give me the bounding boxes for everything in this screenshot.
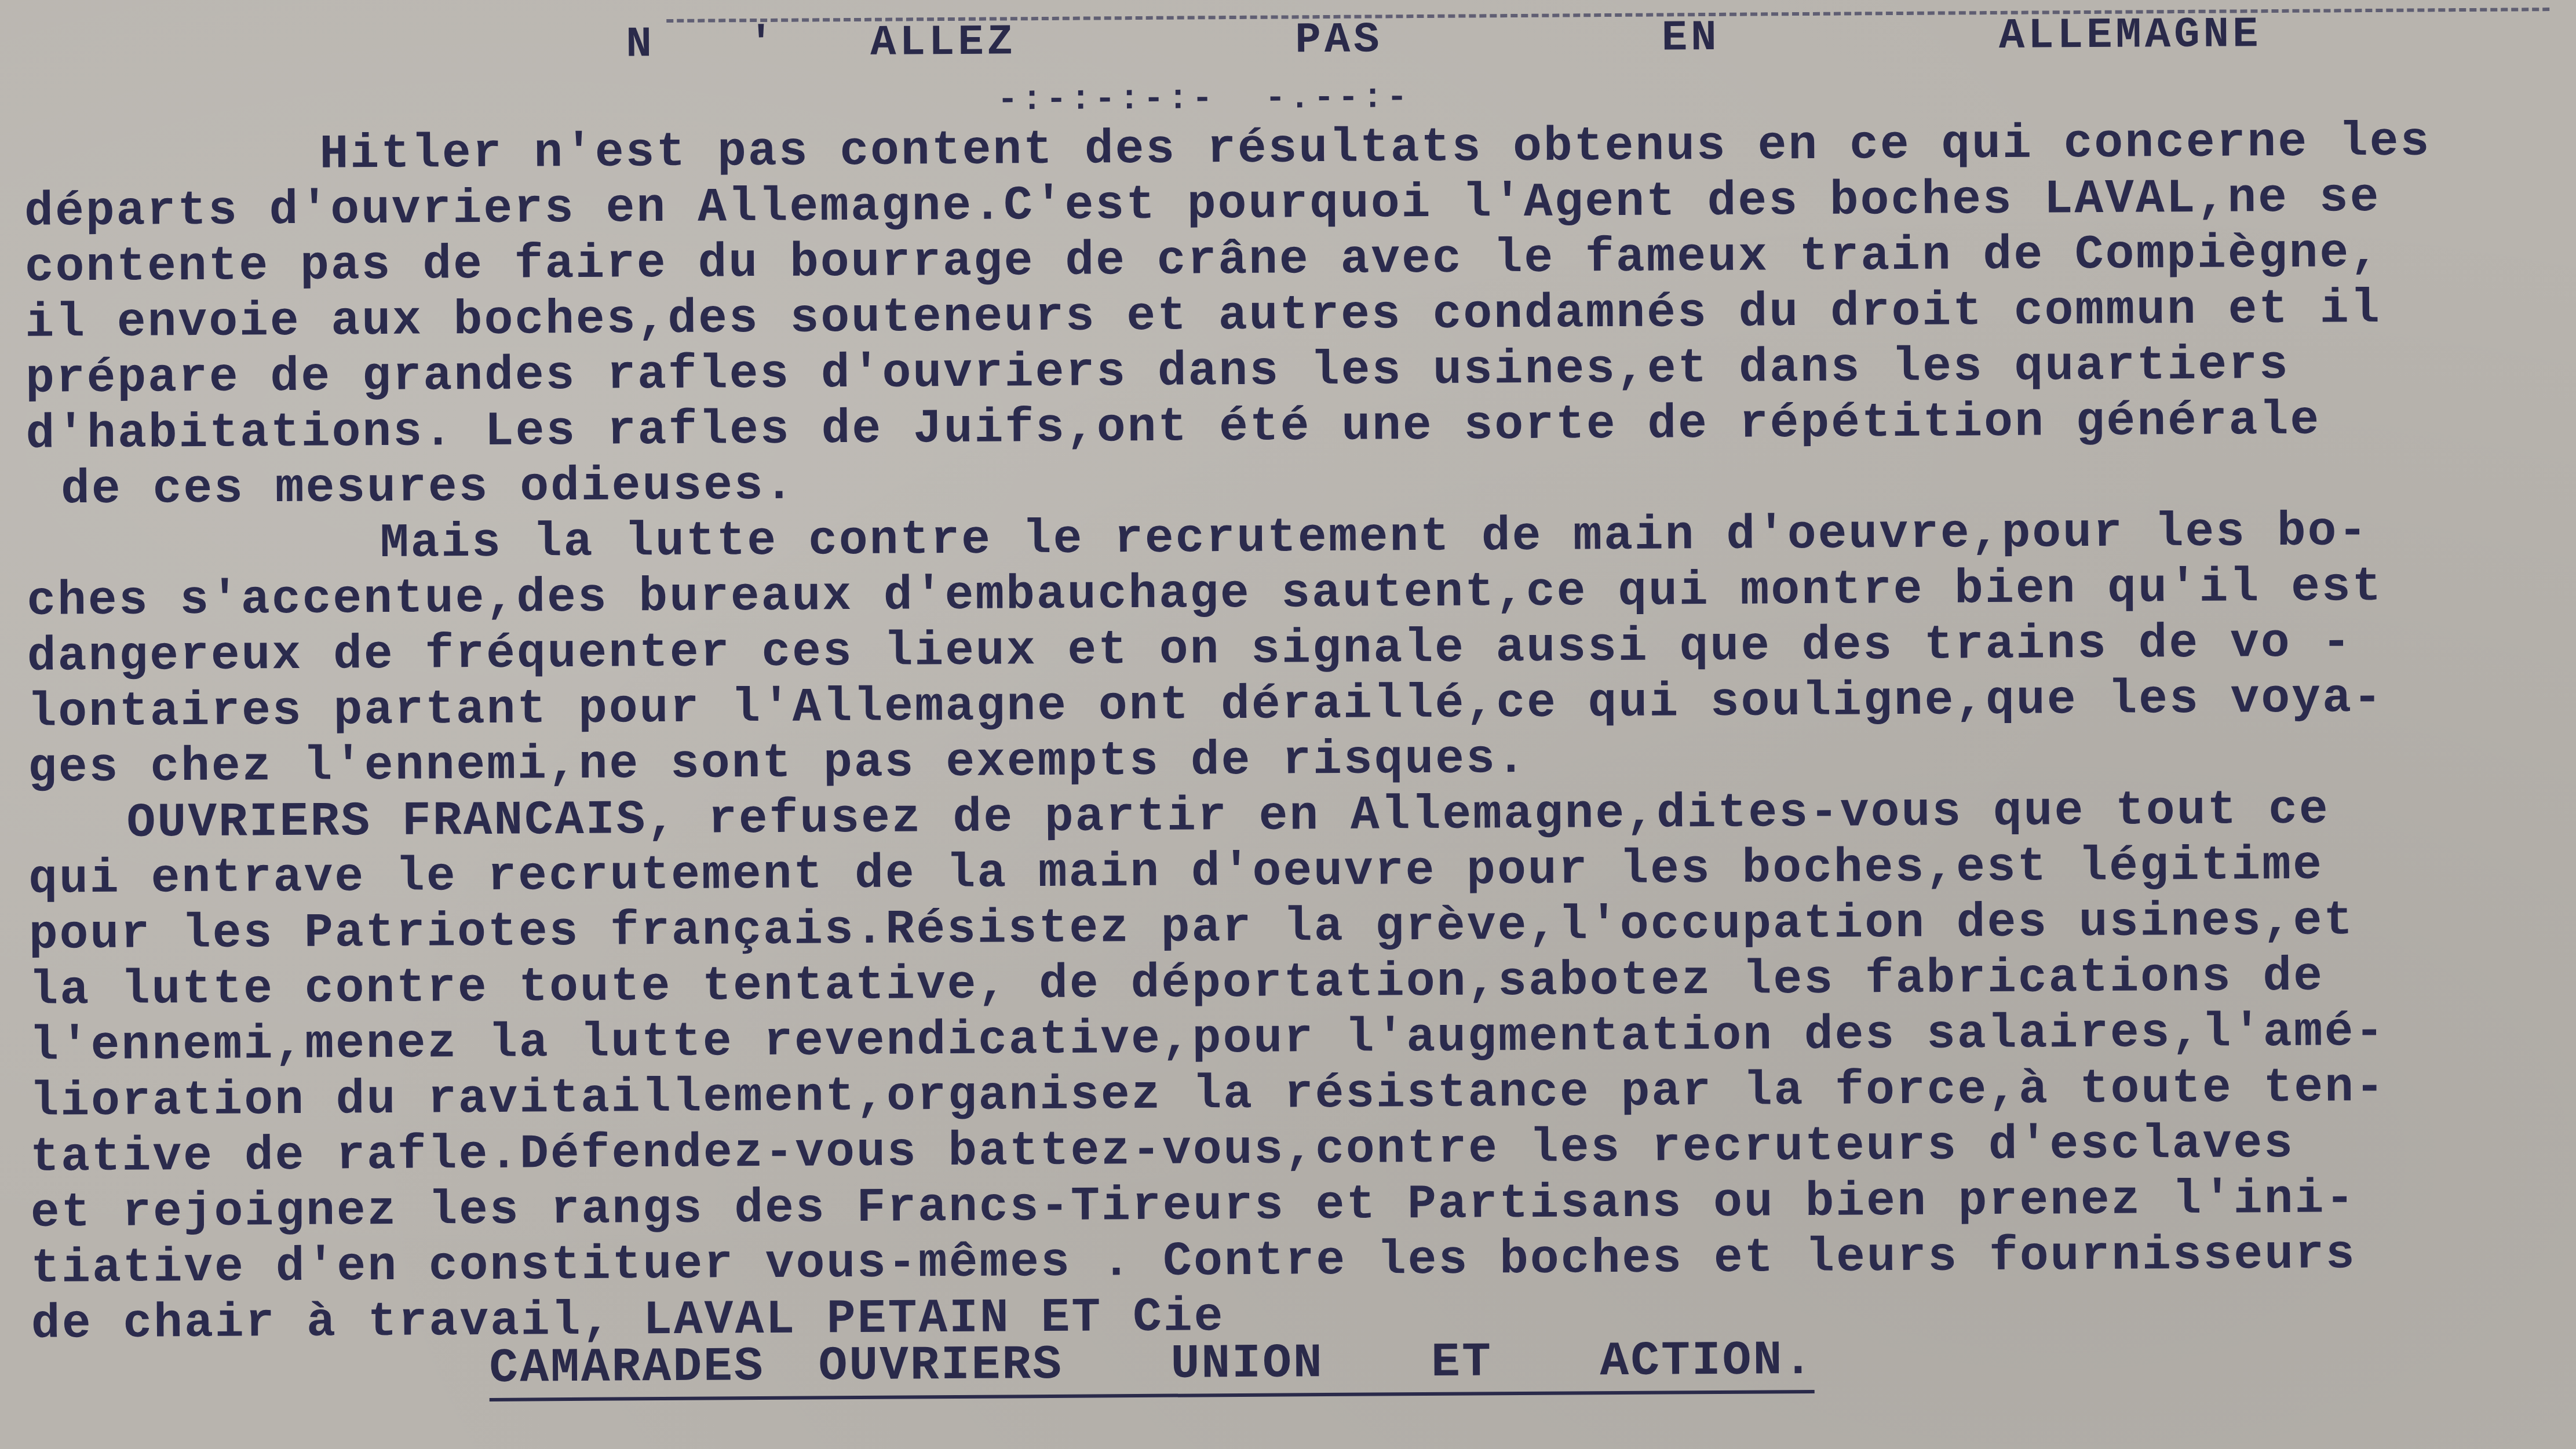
typewritten-leaflet: N ' ALLEZ PAS EN ALLEMAGNE -:-:-:-:- -.-… [0,0,2576,1449]
title-separator: -:-:-:-:- -.--:- [997,78,1411,120]
document-title: N ' ALLEZ PAS EN ALLEMAGNE [626,10,2261,69]
signature-slogan: CAMARADES OUVRIERS UNION ET ACTION. [489,1333,1814,1401]
document-body: Hitler n'est pas content des résultats o… [24,113,2576,1352]
